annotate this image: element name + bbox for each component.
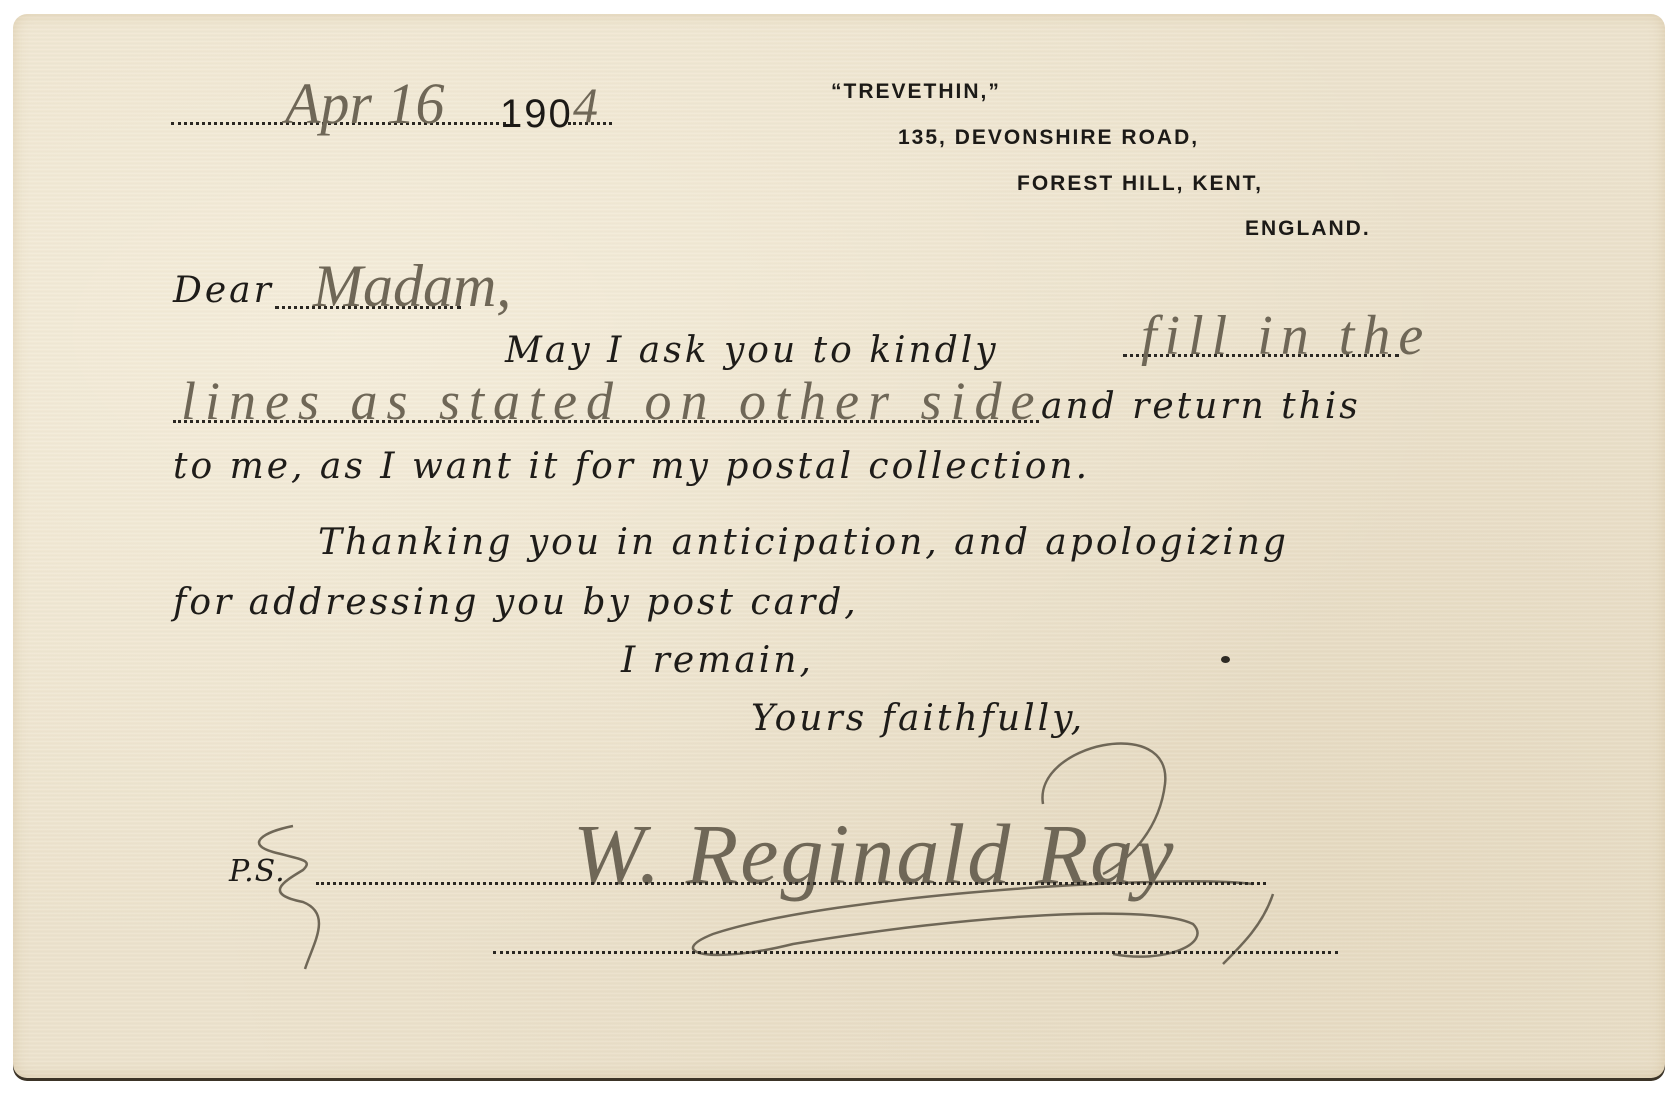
signature-flourish-icon [13,14,1665,1078]
postscript-dotted-line-1 [316,882,1266,885]
postscript-label: P.S. [229,854,286,889]
postcard: Apr 16 190 4 “TREVETHIN,” 135, DEVONSHIR… [13,14,1665,1078]
postscript-dotted-line-2 [493,951,1338,954]
